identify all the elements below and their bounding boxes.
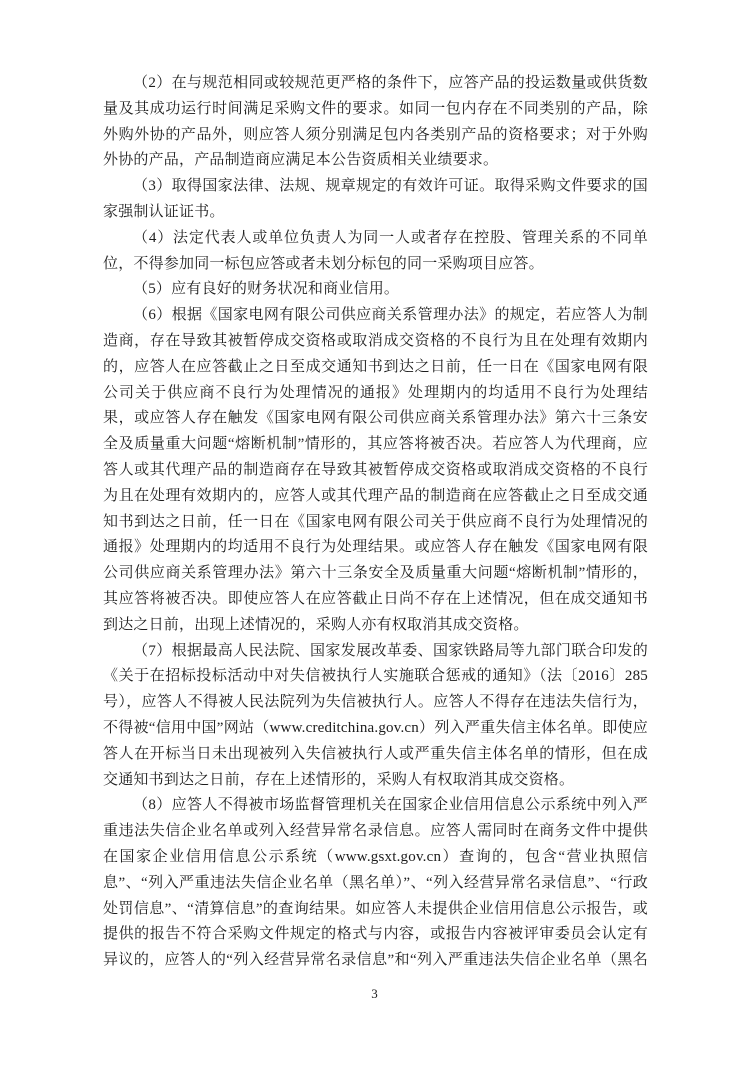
paragraph-item-8: （8）应答人不得被市场监督管理机关在国家企业信用信息公示系统中列入严重违法失信企…: [103, 793, 648, 976]
paragraph-item-7: （7）根据最高人民法院、国家发展改革委、国家铁路局等九部门联合印发的《关于在招标…: [103, 639, 648, 794]
paragraph-item-6: （6）根据《国家电网有限公司供应商关系管理办法》的规定，若应答人为制造商，存在导…: [103, 303, 648, 638]
document-body: （2）在与规范相同或较规范更严格的条件下，应答产品的投运数量或供货数量及其成功运…: [103, 71, 648, 976]
paragraph-item-2: （2）在与规范相同或较规范更严格的条件下，应答产品的投运数量或供货数量及其成功运…: [103, 71, 648, 174]
page-footer: 3: [0, 985, 749, 1003]
page-number: 3: [371, 986, 378, 1001]
paragraph-item-4: （4）法定代表人或单位负责人为同一人或者存在控股、管理关系的不同单位，不得参加同…: [103, 226, 648, 278]
paragraph-item-3: （3）取得国家法律、法规、规章规定的有效许可证。取得采购文件要求的国家强制认证证…: [103, 174, 648, 226]
paragraph-item-5: （5）应有良好的财务状况和商业信用。: [103, 277, 648, 303]
document-page: （2）在与规范相同或较规范更严格的条件下，应答产品的投运数量或供货数量及其成功运…: [0, 0, 749, 1065]
